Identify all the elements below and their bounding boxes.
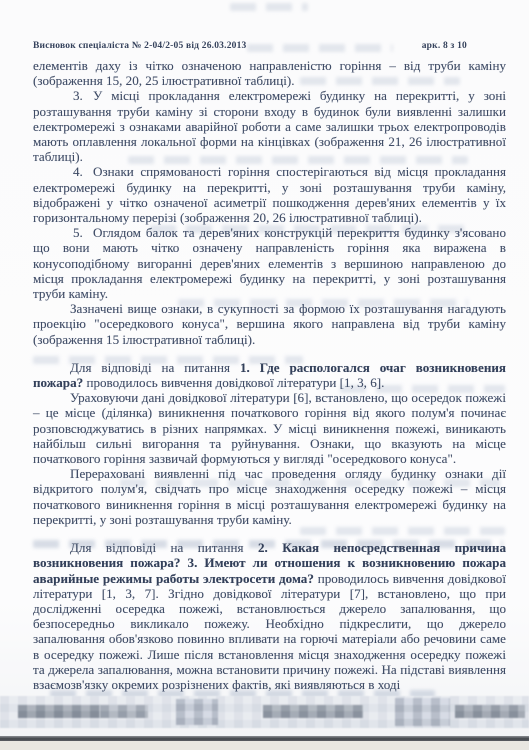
document-body: елементів даху із чітко означеною направ…	[33, 58, 506, 692]
body-text: Оглядом балок та дерев'яних конструкцій …	[33, 225, 506, 301]
scanned-document-page: Висновок спеціаліста № 2-04/2-05 від 26.…	[0, 0, 529, 750]
page-number: арк. 8 з 10	[422, 41, 467, 51]
paragraph: Для відповіді на питання 2. Какая непоср…	[33, 540, 506, 692]
ghost-text-artifact	[230, 3, 308, 11]
paragraph-number: 4.	[53, 164, 93, 179]
document-reference: Висновок спеціаліста № 2-04/2-05 від 26.…	[33, 41, 247, 51]
scanner-background	[0, 741, 529, 750]
body-text: Перераховані виявленні під час проведенн…	[33, 466, 506, 527]
redacted-block	[18, 705, 100, 718]
redacted-block	[455, 705, 525, 718]
paragraph: елементів даху із чітко означеною направ…	[33, 58, 506, 88]
redacted-block	[263, 705, 363, 718]
paragraph-number: 5.	[53, 225, 93, 240]
paragraph: 3.У місці прокладання електромережі буди…	[33, 88, 506, 164]
body-text: Для відповіді на питання	[70, 360, 240, 375]
body-text: проводилось вивчення довідкової літерату…	[83, 375, 384, 390]
paragraph: Для відповіді на питання 1. Где располог…	[33, 360, 506, 390]
redacted-block	[176, 699, 218, 725]
body-text: елементів даху із чітко означеною направ…	[33, 58, 506, 88]
body-text: проводилось вивчення довідкової літерату…	[33, 571, 506, 692]
body-text: Для відповіді на питання	[70, 540, 258, 555]
paragraph: 4.Ознаки спрямованості горіння спостеріг…	[33, 164, 506, 225]
body-text: У місці прокладання електромережі будинк…	[33, 88, 506, 164]
body-text: Зазначені вище ознаки, в сукупності за ф…	[33, 301, 506, 346]
redacted-block	[100, 705, 148, 718]
body-text: Ознаки спрямованості горіння спостерігаю…	[33, 164, 506, 225]
paragraph: Перераховані виявленні під час проведенн…	[33, 466, 506, 527]
paragraph: Зазначені вище ознаки, в сукупності за ф…	[33, 301, 506, 347]
paragraph-number: 3.	[53, 88, 93, 103]
paragraph: Ураховуючи дані довідкової літератури [6…	[33, 390, 506, 466]
page-header: Висновок спеціаліста № 2-04/2-05 від 26.…	[33, 41, 467, 51]
body-text: Ураховуючи дані довідкової літератури [6…	[33, 390, 506, 466]
paragraph: 5.Оглядом балок та дерев'яних конструкці…	[33, 225, 506, 301]
redacted-block	[395, 698, 450, 726]
